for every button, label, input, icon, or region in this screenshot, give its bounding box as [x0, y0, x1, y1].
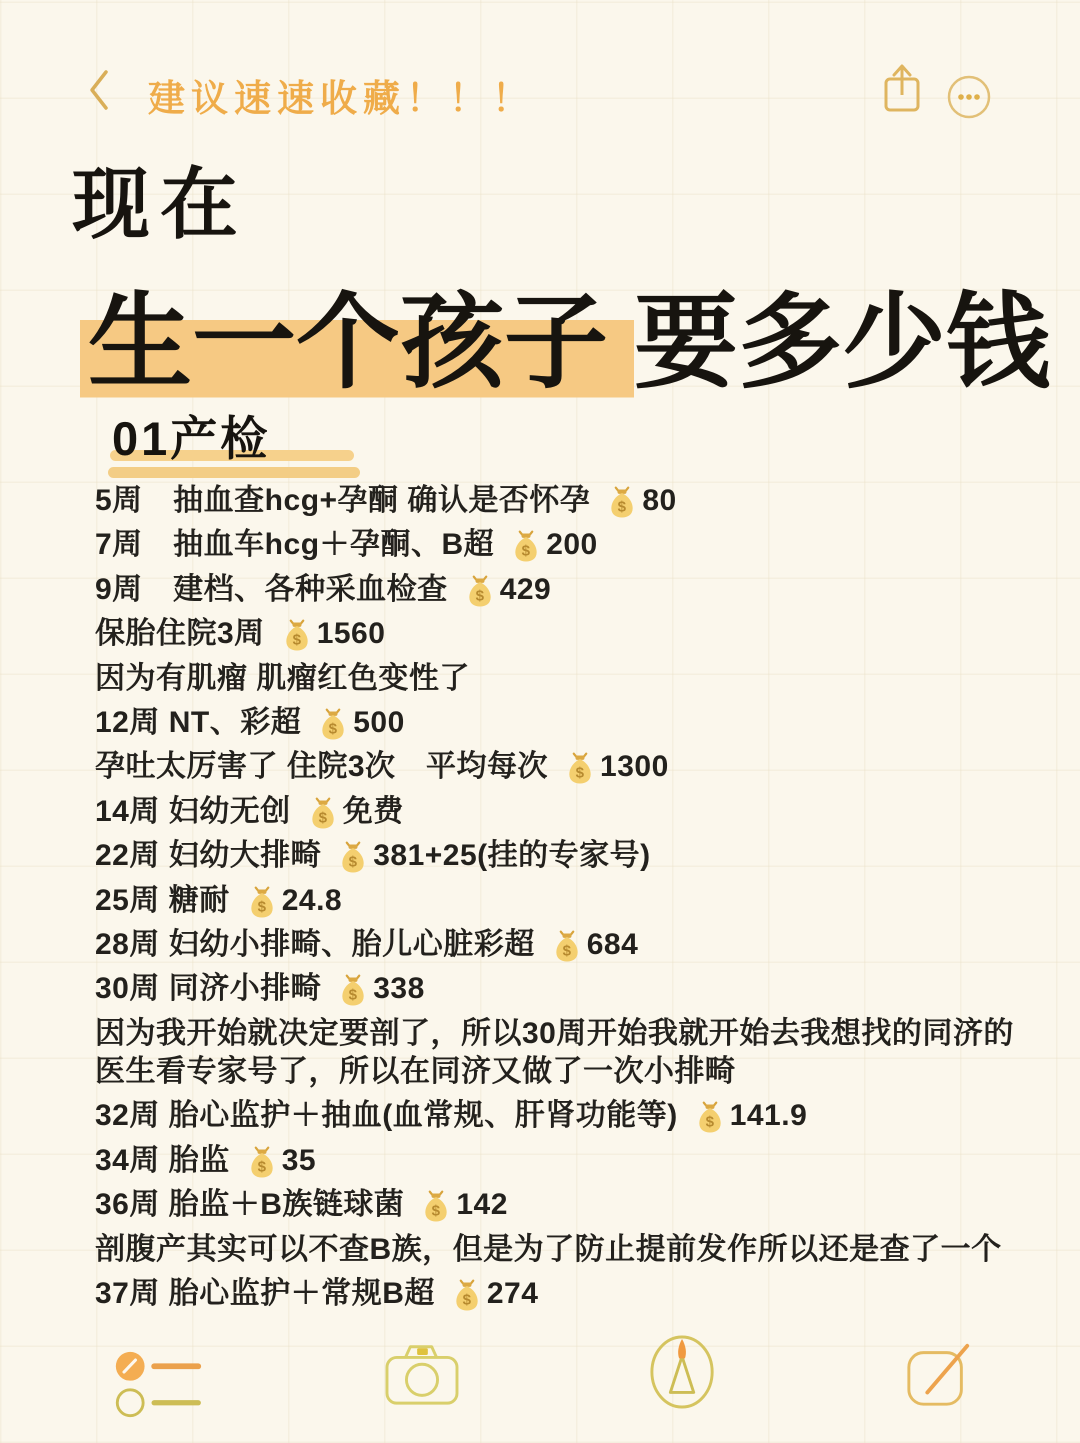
item-price: 1300	[600, 750, 669, 783]
item-text: 25周 糖耐	[95, 884, 230, 917]
svg-text:$: $	[349, 854, 358, 871]
moneybag-icon: $	[281, 616, 313, 652]
moneybag-icon: $	[307, 794, 339, 830]
svg-text:$: $	[329, 721, 338, 738]
item-price: 免费	[343, 795, 404, 828]
note-title: 生一个孩子要多少钱	[88, 258, 1050, 408]
list-item: 22周 妇幼大排畸 $ 381+25(挂的专家号)	[95, 837, 1043, 875]
more-button[interactable]	[946, 74, 992, 120]
ellipsis-icon	[946, 107, 992, 124]
item-text: 因为我开始就决定要剖了，所以30周开始我就开始去我想找的同济的医生看专家号了，所…	[95, 1017, 1014, 1088]
list-item: 28周 妇幼小排畸、胎儿心脏彩超 $ 684	[95, 926, 1043, 964]
svg-text:$: $	[257, 1159, 266, 1176]
share-icon	[880, 103, 924, 120]
list-item: 5周 抽血查hcg+孕酮 确认是否怀孕 $ 80	[95, 482, 1043, 520]
item-price: 200	[546, 528, 598, 561]
markup-button[interactable]	[648, 1332, 718, 1417]
moneybag-icon: $	[510, 527, 542, 563]
item-text: 7周 抽血车hcg＋孕酮、B超	[95, 528, 494, 561]
list-item: 因为有肌瘤 肌瘤红色变性了	[95, 660, 1043, 698]
item-text: 剖腹产其实可以不查B族，但是为了防止提前发作所以还是查了一个	[95, 1233, 1002, 1266]
item-price: 338	[373, 972, 425, 1005]
item-price: 142	[456, 1188, 508, 1221]
svg-text:$: $	[462, 1292, 471, 1309]
list-item: 剖腹产其实可以不查B族，但是为了防止提前发作所以还是查了一个	[95, 1231, 1043, 1269]
item-price: 684	[587, 928, 639, 961]
note-title-highlighted: 生一个孩子	[80, 285, 634, 401]
compose-button[interactable]	[904, 1340, 974, 1415]
svg-text:$: $	[318, 809, 327, 826]
moneybag-icon: $	[606, 483, 638, 519]
svg-text:$: $	[292, 632, 301, 649]
svg-text:$: $	[618, 499, 627, 516]
list-item: 34周 胎监 $ 35	[95, 1142, 1043, 1180]
list-item: 9周 建档、各种采血检查 $ 429	[95, 571, 1043, 609]
list-item: 25周 糖耐 $ 24.8	[95, 882, 1043, 920]
item-text: 36周 胎监＋B族链球菌	[95, 1188, 404, 1221]
item-text: 37周 胎心监护＋常规B超	[95, 1277, 435, 1310]
moneybag-icon: $	[317, 705, 349, 741]
checkup-list: 5周 抽血查hcg+孕酮 确认是否怀孕 $ 80 7周 抽血车hcg＋孕酮、B超	[95, 482, 1043, 1319]
item-text: 22周 妇幼大排畸	[95, 839, 321, 872]
item-price: 24.8	[282, 884, 342, 917]
item-text: 14周 妇幼无创	[95, 795, 291, 828]
item-text: 28周 妇幼小排畸、胎儿心脏彩超	[95, 928, 535, 961]
moneybag-icon: $	[246, 1143, 278, 1179]
list-item: 30周 同济小排畸 $ 338	[95, 970, 1043, 1008]
item-text: 5周 抽血查hcg+孕酮 确认是否怀孕	[95, 484, 590, 517]
svg-text:$: $	[576, 765, 585, 782]
moneybag-icon: $	[464, 572, 496, 608]
moneybag-icon: $	[551, 927, 583, 963]
page-header-title: 建议速速收藏！！！	[148, 68, 535, 122]
camera-button[interactable]	[382, 1338, 462, 1413]
svg-text:$: $	[432, 1203, 441, 1220]
checklist-icon	[112, 1408, 204, 1425]
item-price: 500	[353, 706, 405, 739]
item-text: 保胎住院3周	[95, 617, 265, 650]
item-text: 12周 NT、彩超	[95, 706, 301, 739]
item-price: 1560	[317, 617, 386, 650]
list-item: 37周 胎心监护＋常规B超 $ 274	[95, 1275, 1043, 1313]
moneybag-icon: $	[420, 1187, 452, 1223]
item-text: 32周 胎心监护＋抽血(血常规、肝肾功能等)	[95, 1099, 678, 1132]
svg-text:$: $	[349, 987, 358, 1004]
list-item: 7周 抽血车hcg＋孕酮、B超 $ 200	[95, 526, 1043, 564]
item-price: 80	[642, 484, 676, 517]
note-title-rest: 要多少钱	[634, 285, 1050, 401]
note-page: 建议速速收藏！！！ 现在 生一个孩子要多少钱 01产检	[0, 0, 1080, 1443]
list-item: 孕吐太厉害了 住院3次 平均每次 $ 1300	[95, 748, 1043, 786]
moneybag-icon: $	[564, 749, 596, 785]
list-item: 14周 妇幼无创 $ 免费	[95, 793, 1043, 831]
svg-text:$: $	[522, 543, 531, 560]
moneybag-icon: $	[694, 1098, 726, 1134]
item-text: 因为有肌瘤 肌瘤红色变性了	[95, 662, 470, 695]
list-item: 32周 胎心监护＋抽血(血常规、肝肾功能等) $ 141.9	[95, 1097, 1043, 1135]
share-button[interactable]	[880, 62, 928, 118]
item-price: 274	[487, 1277, 539, 1310]
item-price: 381+25(挂的专家号)	[373, 839, 650, 872]
svg-text:$: $	[705, 1114, 714, 1131]
moneybag-icon: $	[337, 838, 369, 874]
moneybag-icon: $	[337, 971, 369, 1007]
item-text: 34周 胎监	[95, 1144, 230, 1177]
list-item: 因为我开始就决定要剖了，所以30周开始我就开始去我想找的同济的医生看专家号了，所…	[95, 1015, 1043, 1092]
list-item: 保胎住院3周 $ 1560	[95, 615, 1043, 653]
chevron-left-icon	[85, 68, 111, 117]
svg-text:$: $	[475, 587, 484, 604]
item-text: 孕吐太厉害了 住院3次 平均每次	[95, 750, 548, 783]
camera-icon	[382, 1395, 462, 1412]
moneybag-icon: $	[451, 1276, 483, 1312]
item-price: 141.9	[730, 1099, 808, 1132]
markup-icon	[648, 1399, 718, 1416]
item-price: 429	[500, 573, 552, 606]
moneybag-icon: $	[246, 883, 278, 919]
item-text: 9周 建档、各种采血检查	[95, 573, 448, 606]
note-kicker: 现在	[72, 142, 248, 254]
item-text: 30周 同济小排畸	[95, 972, 321, 1005]
svg-text:$: $	[257, 898, 266, 915]
checklist-button[interactable]	[112, 1348, 204, 1426]
compose-icon	[904, 1397, 974, 1414]
svg-text:$: $	[562, 943, 571, 960]
list-item: 36周 胎监＋B族链球菌 $ 142	[95, 1186, 1043, 1224]
list-item: 12周 NT、彩超 $ 500	[95, 704, 1043, 742]
section-heading: 01产检	[112, 402, 270, 469]
item-price: 35	[282, 1144, 316, 1177]
back-button[interactable]	[80, 68, 116, 116]
